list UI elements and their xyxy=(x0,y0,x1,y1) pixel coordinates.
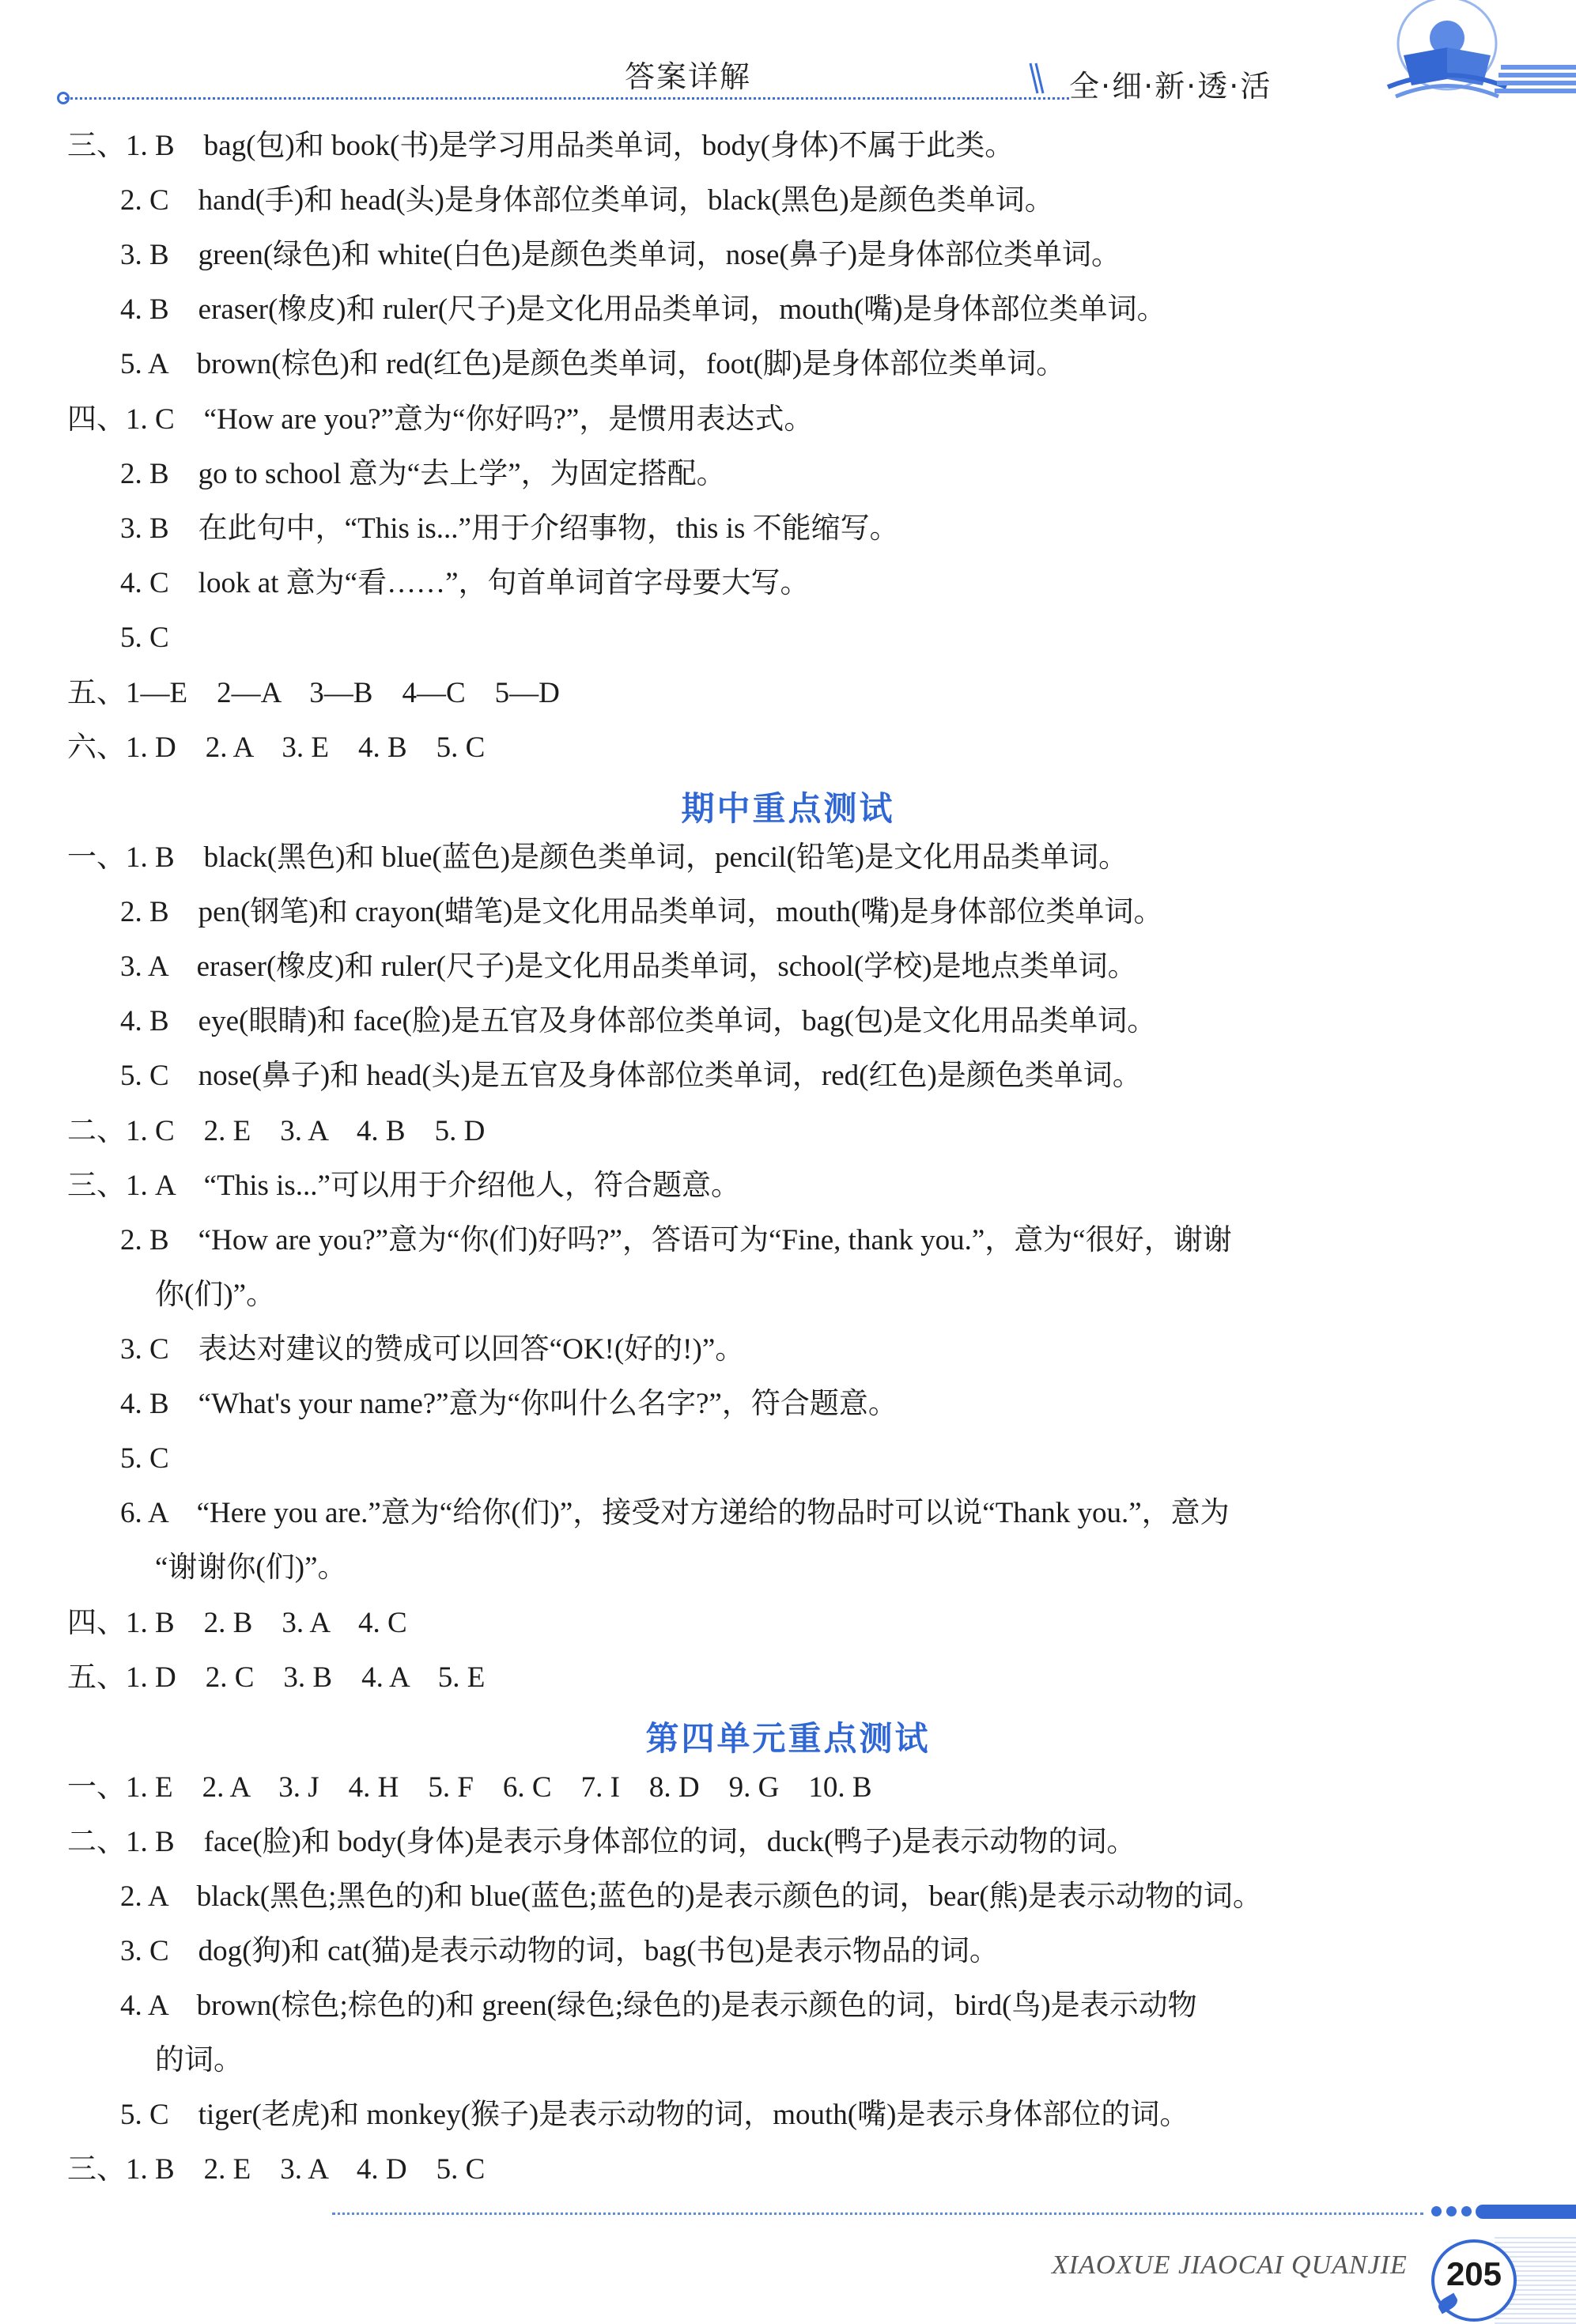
answer-line: 3. B 在此句中，“This is...”用于介绍事物，this is 不能缩… xyxy=(120,511,899,547)
answer-line: 5. C xyxy=(120,620,169,656)
answer-line: 2. B “How are you?”意为“你(们)好吗?”，答语可为“Fine… xyxy=(120,1222,1232,1259)
answer-line-continuation: 的词。 xyxy=(155,2042,243,2079)
answer-line-continuation: 你(们)”。 xyxy=(155,1277,275,1313)
series-motto: 全·细·新·透·活 xyxy=(1069,62,1272,105)
footer-rule xyxy=(332,2213,1423,2215)
series-name: XIAOXUE JIAOCAI QUANJIE xyxy=(1052,2250,1408,2281)
answer-line: 2. A black(黑色;黑色的)和 blue(蓝色;蓝色的)是表示颜色的词，… xyxy=(120,1879,1262,1915)
answer-line: 4. B eraser(橡皮)和 ruler(尺子)是文化用品类单词，mouth… xyxy=(120,292,1166,328)
answer-line: 三、1. B bag(包)和 book(书)是学习用品类单词，body(身体)不… xyxy=(67,128,1014,164)
answer-line: 4. C look at 意为“看……”，句首单词首字母要大写。 xyxy=(120,565,810,602)
section-heading: 第四单元重点测试 xyxy=(0,1713,1576,1760)
footer-bar-decoration xyxy=(1476,2205,1576,2219)
answer-line: 六、1. D 2. A 3. E 4. B 5. C xyxy=(67,730,485,766)
answer-line: 二、1. C 2. E 3. A 4. B 5. D xyxy=(67,1113,485,1150)
answer-line: 5. A brown(棕色)和 red(红色)是颜色类单词，foot(脚)是身体… xyxy=(120,346,1065,383)
answer-line: 4. B eye(眼睛)和 face(脸)是五官及身体部位类单词，bag(包)是… xyxy=(120,1003,1156,1040)
answer-line: 一、1. E 2. A 3. J 4. H 5. F 6. C 7. I 8. … xyxy=(67,1770,872,1806)
answer-line: 2. B go to school 意为“去上学”，为固定搭配。 xyxy=(120,456,726,493)
answer-line: 三、1. A “This is...”可以用于介绍他人，符合题意。 xyxy=(67,1168,740,1204)
answer-line: 3. C dog(狗)和 cat(猫)是表示动物的词，bag(书包)是表示物品的… xyxy=(120,1933,999,1970)
answer-line: 4. B “What's your name?”意为“你叫什么名字?”，符合题意… xyxy=(120,1386,898,1423)
section-heading: 期中重点测试 xyxy=(0,783,1576,830)
header-stripes-decoration xyxy=(1495,62,1576,97)
answer-line: 5. C nose(鼻子)和 head(头)是五官及身体部位类单词，red(红色… xyxy=(120,1058,1142,1094)
header-rule xyxy=(65,97,1069,100)
footer-dots-decoration xyxy=(1431,2206,1476,2220)
answer-line: 3. A eraser(橡皮)和 ruler(尺子)是文化用品类单词，schoo… xyxy=(120,949,1137,985)
decorative-slash-icon xyxy=(1028,62,1045,95)
answer-line: 一、1. B black(黑色)和 blue(蓝色)是颜色类单词，pencil(… xyxy=(67,840,1128,876)
answer-line: 3. B green(绿色)和 white(白色)是颜色类单词，nose(鼻子)… xyxy=(120,237,1121,274)
answer-line: 二、1. B face(脸)和 body(身体)是表示身体部位的词，duck(鸭… xyxy=(67,1824,1136,1861)
answer-line: 五、1. D 2. C 3. B 4. A 5. E xyxy=(67,1660,485,1696)
answer-line: 五、1—E 2—A 3—B 4—C 5—D xyxy=(67,675,560,712)
answer-line: 5. C xyxy=(120,1441,169,1477)
page-number: 205 xyxy=(1441,2255,1507,2293)
answer-line: 三、1. B 2. E 3. A 4. D 5. C xyxy=(67,2152,485,2188)
answer-line: 4. A brown(棕色;棕色的)和 green(绿色;绿色的)是表示颜色的词… xyxy=(120,1988,1197,2024)
answer-line: 5. C tiger(老虎)和 monkey(猴子)是表示动物的词，mouth(… xyxy=(120,2097,1189,2133)
answer-line: 2. C hand(手)和 head(头)是身体部位类单词，black(黑色)是… xyxy=(120,183,1054,219)
answer-line: 2. B pen(钢笔)和 crayon(蜡笔)是文化用品类单词，mouth(嘴… xyxy=(120,894,1163,931)
answer-line: 3. C 表达对建议的赞成可以回答“OK!(好的!)”。 xyxy=(120,1332,744,1368)
answer-line-continuation: “谢谢你(们)”。 xyxy=(155,1550,347,1586)
answer-line: 6. A “Here you are.”意为“给你(们)”，接受对方递给的物品时… xyxy=(120,1495,1230,1532)
answer-line: 四、1. B 2. B 3. A 4. C xyxy=(67,1605,407,1642)
answer-line: 四、1. C “How are you?”意为“你好吗?”，是惯用表达式。 xyxy=(67,402,813,438)
running-title: 答案详解 xyxy=(625,52,751,96)
